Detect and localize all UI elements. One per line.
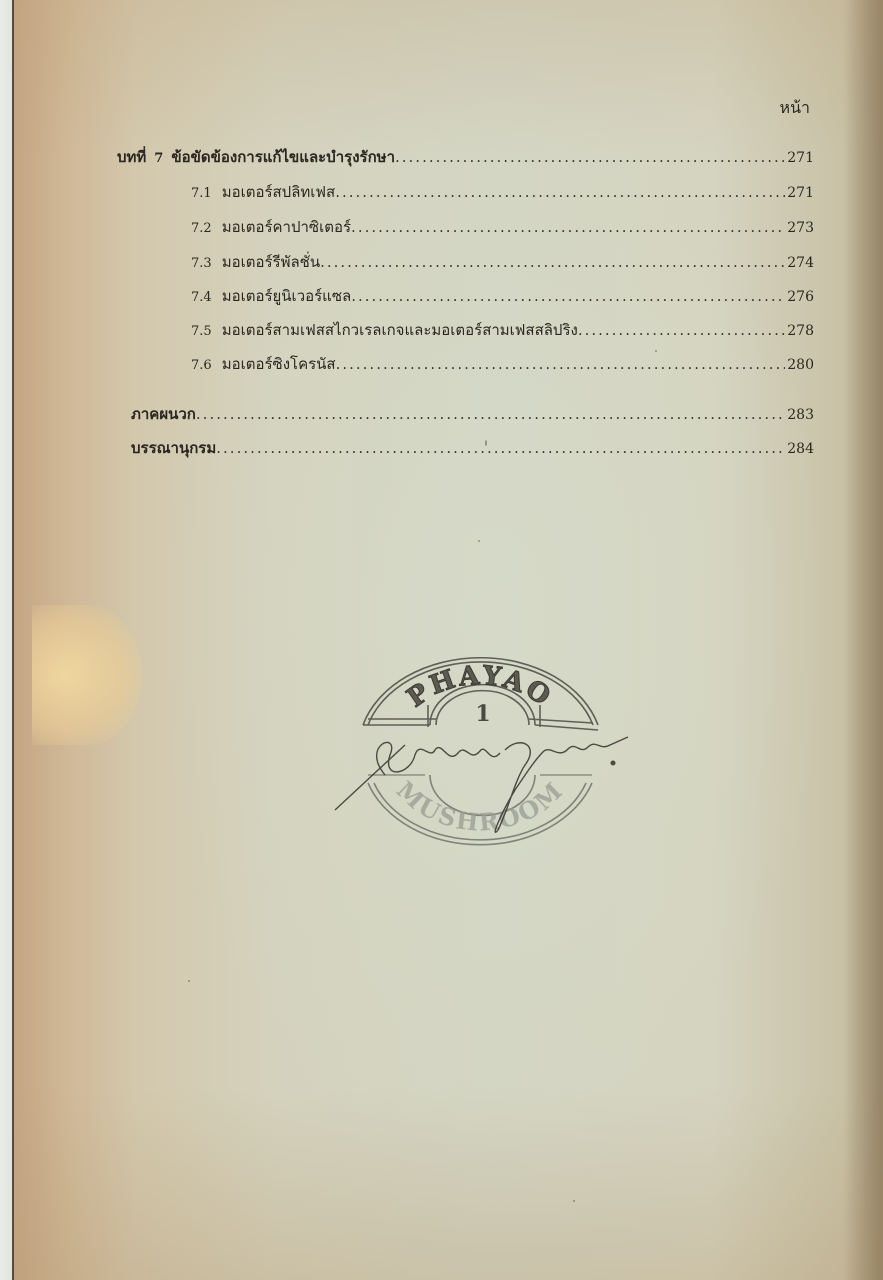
dot-leader	[351, 215, 785, 239]
toc-section-entry: 7.3 มอเตอร์รีพัลชั่น 274	[191, 250, 814, 274]
page-number: 280	[787, 353, 814, 376]
page-number: 283	[787, 403, 814, 426]
page-number: 271	[787, 181, 814, 204]
section-number: 7.2	[191, 217, 212, 239]
toc-section-entry: 7.1 มอเตอร์สปลิทเฟส 271	[191, 180, 814, 204]
section-title: มอเตอร์ยูนิเวอร์แซล	[222, 284, 352, 308]
page-number: 273	[787, 216, 814, 239]
back-matter-title: ภาคผนวก	[131, 402, 196, 426]
toc-section-entry: 7.6 มอเตอร์ซิงโครนัส 280	[191, 352, 814, 376]
speck	[478, 540, 480, 542]
speck	[188, 980, 190, 982]
section-title: มอเตอร์สปลิทเฟส	[222, 180, 336, 204]
toc-section-entry: 7.2 มอเตอร์คาปาซิเตอร์ 273	[191, 215, 814, 239]
section-number: 7.5	[191, 320, 212, 342]
section-number: 7.3	[191, 252, 212, 274]
dot-leader	[395, 145, 785, 169]
scanned-page: หน้า บทที่ 7 ข้อขัดข้องการแก้ไขและบำรุงร…	[0, 0, 883, 1280]
toc-section-entry: 7.4 มอเตอร์ยูนิเวอร์แซล 276	[191, 284, 814, 308]
stamp-icon: PHAYAO 1 MUSHROOM	[330, 625, 640, 875]
dot-leader	[351, 284, 785, 308]
dot-leader	[196, 402, 785, 426]
stamp-bottom-text: MUSHROOM	[391, 775, 569, 837]
section-number: 7.6	[191, 354, 212, 376]
light-glare	[32, 605, 142, 745]
section-title: มอเตอร์ซิงโครนัส	[222, 352, 336, 376]
toc-chapter-entry: บทที่ 7 ข้อขัดข้องการแก้ไขและบำรุงรักษา …	[117, 145, 814, 169]
section-number: 7.4	[191, 286, 212, 308]
dot-leader	[216, 436, 785, 460]
speck	[485, 440, 487, 446]
page-number: 276	[787, 285, 814, 308]
back-matter-title: บรรณานุกรม	[131, 436, 216, 460]
section-title: มอเตอร์คาปาซิเตอร์	[222, 215, 351, 239]
page-column-header: หน้า	[780, 96, 810, 121]
svg-text:MUSHROOM: MUSHROOM	[391, 775, 569, 837]
toc-appendix-entry: ภาคผนวก 283	[131, 402, 814, 426]
library-stamp: PHAYAO 1 MUSHROOM	[330, 625, 640, 875]
speck	[573, 1200, 575, 1202]
toc-bibliography-entry: บรรณานุกรม 284	[131, 436, 814, 460]
dot-leader	[335, 180, 785, 204]
dot-leader	[578, 318, 785, 342]
dot-leader	[320, 250, 785, 274]
page-number: 274	[787, 251, 814, 274]
page-number: 284	[787, 437, 814, 460]
speck	[655, 350, 657, 352]
section-title: มอเตอร์สามเฟสสไกวเรลเกจและมอเตอร์สามเฟสส…	[222, 318, 578, 342]
page-edge-shadow	[845, 0, 883, 1280]
page-number: 271	[787, 146, 814, 169]
chapter-number: 7	[154, 147, 163, 169]
page-number: 278	[787, 319, 814, 342]
toc-section-entry: 7.5 มอเตอร์สามเฟสสไกวเรลเกจและมอเตอร์สาม…	[191, 318, 814, 342]
stamp-center-number: 1	[475, 701, 490, 727]
section-title: มอเตอร์รีพัลชั่น	[222, 250, 320, 274]
chapter-label: บทที่	[117, 145, 146, 169]
chapter-title: ข้อขัดข้องการแก้ไขและบำรุงรักษา	[171, 145, 395, 169]
section-number: 7.1	[191, 182, 212, 204]
dot-leader	[336, 352, 786, 376]
